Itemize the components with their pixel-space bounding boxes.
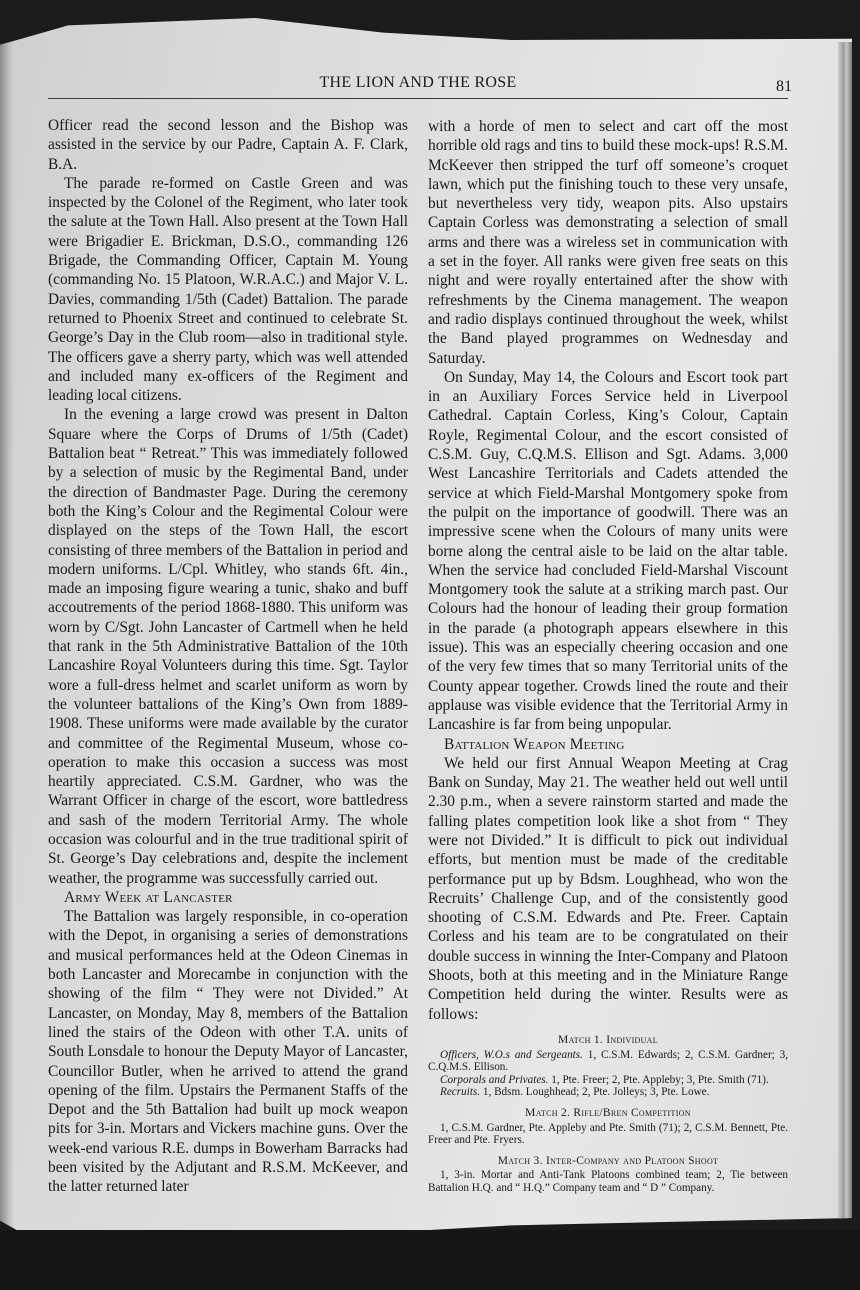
running-title: THE LION AND THE ROSE <box>48 74 788 92</box>
book-page: THE LION AND THE ROSE 81 Officer read th… <box>0 18 852 1240</box>
result-category: Corporals and Privates. <box>440 1074 548 1086</box>
scan-background <box>0 1230 860 1290</box>
paragraph: In the evening a large crowd was present… <box>48 405 408 887</box>
match-2-title: Match 2. Rifle/Bren Competition <box>428 1107 788 1120</box>
result-entry: 1, C.S.M. Gardner, Pte. Appleby and Pte.… <box>428 1122 788 1147</box>
paragraph: Officer read the second lesson and the B… <box>48 116 408 174</box>
section-heading-weapon-meeting: Battalion Weapon Meeting <box>428 735 788 754</box>
result-category: Officers, W.O.s and Sergeants. <box>440 1049 583 1061</box>
result-text: 1, Bdsm. Loughhead; 2, Pte. Jolleys; 3, … <box>483 1086 710 1098</box>
result-entry: Corporals and Privates. 1, Pte. Freer; 2… <box>428 1074 788 1087</box>
section-heading-army-week: Army Week at Lancaster <box>48 888 408 907</box>
right-column: with a horde of men to select and cart o… <box>428 117 788 1194</box>
result-category: Recruits. <box>440 1086 480 1098</box>
result-entry: Officers, W.O.s and Sergeants. 1, C.S.M.… <box>428 1049 788 1074</box>
match-1-title: Match 1. Individual <box>428 1034 788 1047</box>
result-text: 1, Pte. Freer; 2, Pte. Appleby; 3, Pte. … <box>551 1074 769 1086</box>
paragraph: On Sunday, May 14, the Colours and Escor… <box>428 368 788 735</box>
result-entry: Recruits. 1, Bdsm. Loughhead; 2, Pte. Jo… <box>428 1086 788 1099</box>
page-header: THE LION AND THE ROSE 81 <box>48 72 788 99</box>
result-entry: 1, 3-in. Mortar and Anti-Tank Platoons c… <box>428 1169 788 1194</box>
left-column: Officer read the second lesson and the B… <box>48 116 408 1197</box>
match-3-title: Match 3. Inter-Company and Platoon Shoot <box>428 1155 788 1168</box>
paragraph: The Battalion was largely responsible, i… <box>48 907 408 1196</box>
paragraph: The parade re-formed on Castle Green and… <box>48 174 408 406</box>
page-number: 81 <box>776 78 792 96</box>
paragraph: with a horde of men to select and cart o… <box>428 117 788 368</box>
paragraph: We held our first Annual Weapon Meeting … <box>428 754 788 1024</box>
results-block: Match 1. Individual Officers, W.O.s and … <box>428 1034 788 1195</box>
